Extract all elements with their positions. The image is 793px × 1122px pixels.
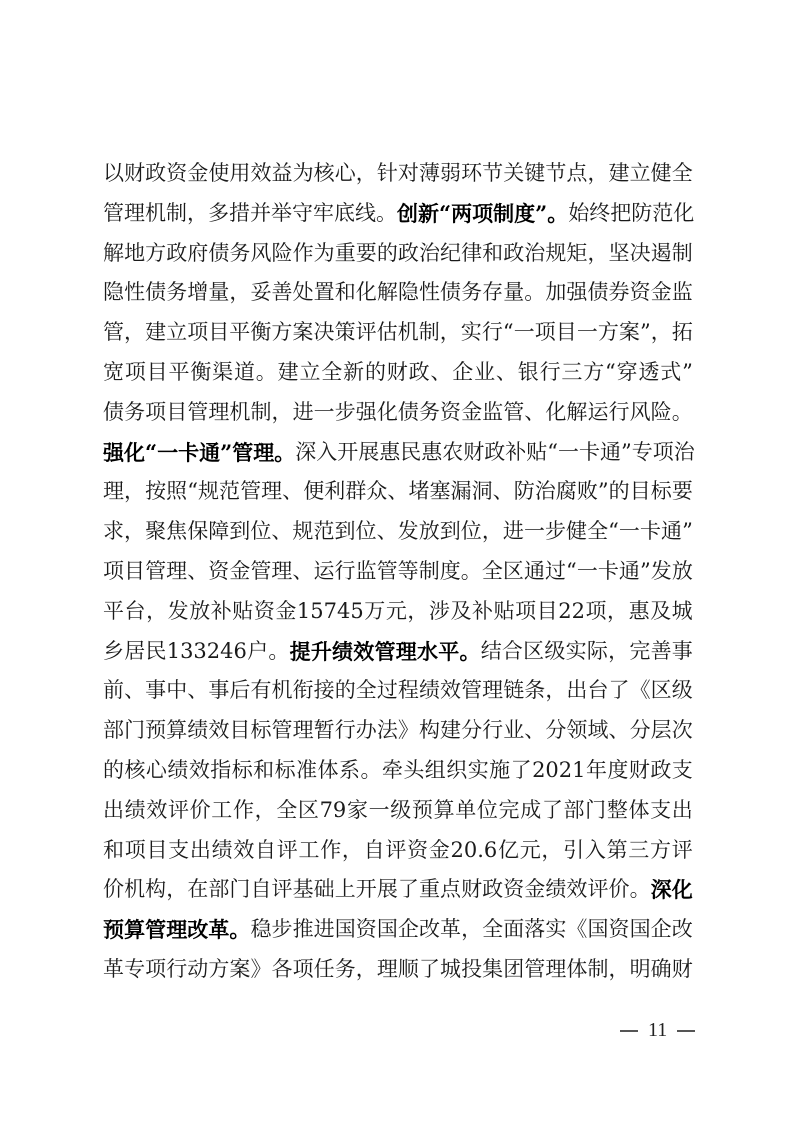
text-char: 价 bbox=[103, 870, 124, 910]
text-char: ， bbox=[609, 950, 630, 990]
text-char: 万 bbox=[364, 592, 385, 632]
text-char: 三 bbox=[628, 831, 649, 871]
text-char: 方 bbox=[650, 831, 671, 871]
text-char: 案 bbox=[292, 313, 313, 353]
text-char: 链 bbox=[503, 671, 524, 711]
text-char: 治 bbox=[524, 234, 545, 274]
text-char: 发 bbox=[168, 592, 189, 632]
text-char: 标 bbox=[651, 472, 672, 512]
text-char: 、 bbox=[187, 552, 208, 592]
text-char: 守 bbox=[292, 194, 313, 234]
bold-heading-char: 卡 bbox=[178, 433, 199, 473]
text-char: ” bbox=[640, 552, 651, 592]
text-char: 监 bbox=[482, 393, 503, 433]
text-char: 办 bbox=[356, 711, 377, 751]
text-char: 多 bbox=[208, 194, 229, 234]
text-char: 项 bbox=[653, 433, 674, 473]
text-char: 防 bbox=[631, 194, 652, 234]
text-char: 财 bbox=[124, 154, 145, 194]
text-char: 化 bbox=[377, 393, 398, 433]
text-char: 构 bbox=[145, 870, 166, 910]
text-char: 环 bbox=[461, 154, 482, 194]
text-char: 资 bbox=[356, 910, 377, 950]
text-char: 善 bbox=[272, 273, 293, 313]
text-char: 理 bbox=[377, 950, 398, 990]
text-char: 妥 bbox=[250, 273, 271, 313]
text-char: 政 bbox=[484, 433, 505, 473]
text-char: 平 bbox=[229, 313, 250, 353]
text-line: 隐性债务增量，妥善处置和化解隐性债务存量。加强债券资金监 bbox=[103, 273, 693, 313]
text-char: 银 bbox=[518, 353, 539, 393]
text-char: 国 bbox=[630, 910, 651, 950]
text-char: 使 bbox=[208, 154, 229, 194]
text-char: 把 bbox=[610, 194, 631, 234]
text-char: 节 bbox=[482, 154, 503, 194]
text-char: ， bbox=[166, 870, 187, 910]
text-char: 金 bbox=[429, 831, 450, 871]
text-char: 财 bbox=[463, 433, 484, 473]
text-char: 投 bbox=[461, 950, 482, 990]
text-char: 惠 bbox=[379, 433, 400, 473]
text-char: 步 bbox=[335, 393, 356, 433]
text-char: 、 bbox=[430, 353, 451, 393]
text-char: 项 bbox=[535, 313, 556, 353]
text-char: 政 bbox=[482, 870, 503, 910]
bold-heading-char: 。 bbox=[229, 910, 250, 950]
text-char: 通 bbox=[661, 512, 682, 552]
text-char: 衡 bbox=[190, 353, 211, 393]
text-char: 一 bbox=[514, 313, 535, 353]
text-char: 估 bbox=[377, 313, 398, 353]
text-char: 隐 bbox=[103, 273, 124, 313]
text-char: 位 bbox=[477, 791, 498, 831]
text-char: 等 bbox=[398, 552, 419, 592]
text-char: 案 bbox=[229, 950, 250, 990]
text-char: 弱 bbox=[440, 154, 461, 194]
text-char: 全 bbox=[321, 353, 342, 393]
text-char: 制 bbox=[419, 552, 440, 592]
text-char: 财 bbox=[629, 751, 650, 791]
text-char: 机 bbox=[124, 870, 145, 910]
text-char: 范 bbox=[219, 472, 240, 512]
text-char: 台 bbox=[125, 592, 146, 632]
bold-heading-char: 效 bbox=[353, 632, 374, 672]
text-char: 头 bbox=[403, 751, 424, 791]
text-line: 债务项目管理机制，进一步强化债务资金监管、化解运行风险。 bbox=[103, 393, 693, 433]
text-char: 隐 bbox=[398, 273, 419, 313]
text-char: 理 bbox=[261, 472, 282, 512]
text-char: 到 bbox=[440, 512, 461, 552]
text-char: 作 bbox=[320, 831, 341, 871]
text-char: 管 bbox=[377, 552, 398, 592]
text-char: 效 bbox=[233, 831, 254, 871]
text-char: ” bbox=[682, 353, 693, 393]
text-char: 政 bbox=[145, 154, 166, 194]
text-char: 任 bbox=[314, 950, 335, 990]
bold-heading-char: 。 bbox=[459, 632, 480, 672]
text-char: 评 bbox=[277, 831, 298, 871]
text-char: ” bbox=[621, 433, 632, 473]
text-char: 自 bbox=[250, 870, 271, 910]
text-char: 》 bbox=[250, 950, 271, 990]
text-line: 管，建立项目平衡方案决策评估机制，实行“一项目一方案”，拓 bbox=[103, 313, 693, 353]
text-char: 业 bbox=[503, 711, 524, 751]
text-char: 点 bbox=[566, 154, 587, 194]
text-char: 亿 bbox=[498, 831, 519, 871]
text-char: 作 bbox=[233, 791, 254, 831]
text-char: ， bbox=[272, 393, 293, 433]
text-char: ， bbox=[482, 512, 503, 552]
text-char: 化 bbox=[673, 194, 694, 234]
text-char: 全 bbox=[672, 154, 693, 194]
text-char: 的 bbox=[609, 472, 630, 512]
text-char: 三 bbox=[561, 353, 582, 393]
text-char: 价 bbox=[190, 791, 211, 831]
text-char: 准 bbox=[296, 751, 317, 791]
text-char: 通 bbox=[619, 552, 640, 592]
text-char: 补 bbox=[505, 433, 526, 473]
text-char: 化 bbox=[356, 273, 377, 313]
text-char: 体 bbox=[566, 950, 587, 990]
bold-heading-char: 管 bbox=[232, 433, 253, 473]
text-char: 用 bbox=[229, 154, 250, 194]
text-char: 构 bbox=[419, 711, 440, 751]
text-char: 贴 bbox=[232, 592, 253, 632]
text-char: 开 bbox=[337, 433, 358, 473]
text-char: 底 bbox=[334, 194, 355, 234]
text-char: 决 bbox=[630, 234, 651, 274]
text-char: 工 bbox=[211, 791, 232, 831]
text-char: 标 bbox=[232, 751, 253, 791]
text-char: 平 bbox=[103, 592, 124, 632]
text-char: 塞 bbox=[430, 472, 451, 512]
body-text: 以财政资金使用效益为核心，针对薄弱环节关键节点，建立健全管理机制，多措并举守牢底… bbox=[103, 154, 693, 990]
text-char: 22 bbox=[558, 592, 585, 632]
text-char: 度 bbox=[607, 751, 628, 791]
dash-right bbox=[677, 1030, 695, 1032]
text-char: 行 bbox=[482, 313, 503, 353]
text-char: 关 bbox=[503, 154, 524, 194]
text-char: 算 bbox=[166, 711, 187, 751]
text-char: 险 bbox=[272, 234, 293, 274]
text-char: 。 bbox=[630, 870, 651, 910]
text-char: 宽 bbox=[103, 353, 124, 393]
text-char: 的 bbox=[335, 671, 356, 711]
text-char: 穿 bbox=[617, 353, 638, 393]
text-char: 卡 bbox=[579, 433, 600, 473]
bold-heading-char: 水 bbox=[417, 632, 438, 672]
text-char: 解 bbox=[566, 393, 587, 433]
text-char: 绩 bbox=[187, 711, 208, 751]
text-char: 范 bbox=[313, 512, 334, 552]
text-char: ， bbox=[440, 313, 461, 353]
text-char: 民 bbox=[145, 632, 166, 672]
bold-heading-char: “ bbox=[145, 433, 157, 473]
text-char: 通 bbox=[600, 433, 621, 473]
text-char: 算 bbox=[434, 791, 455, 831]
text-char: 2021 bbox=[532, 751, 585, 791]
text-char: 绩 bbox=[212, 831, 233, 871]
text-char: 建 bbox=[440, 711, 461, 751]
text-char: 完 bbox=[629, 632, 650, 672]
text-char: 方 bbox=[208, 950, 229, 990]
text-char: 制 bbox=[672, 234, 693, 274]
text-char: 价 bbox=[609, 870, 630, 910]
text-char: “ bbox=[503, 313, 514, 353]
text-char: 深 bbox=[295, 433, 316, 473]
text-char: 焦 bbox=[166, 512, 187, 552]
bold-heading-char: 两 bbox=[451, 194, 472, 234]
text-char: 处 bbox=[293, 273, 314, 313]
bold-heading-char: 平 bbox=[438, 632, 459, 672]
text-char: 全 bbox=[356, 671, 377, 711]
text-char: 建 bbox=[609, 154, 630, 194]
text-char: 评 bbox=[356, 313, 377, 353]
text-char: 体 bbox=[318, 751, 339, 791]
text-char: 第 bbox=[607, 831, 628, 871]
text-char: 补 bbox=[211, 592, 232, 632]
text-char: 贴 bbox=[526, 433, 547, 473]
text-char: 贴 bbox=[494, 592, 515, 632]
text-char: “ bbox=[566, 552, 577, 592]
text-char: 支 bbox=[650, 791, 671, 831]
text-char: 改 bbox=[672, 910, 693, 950]
text-char: 政 bbox=[409, 353, 430, 393]
text-char: 薄 bbox=[419, 154, 440, 194]
text-char: 运 bbox=[313, 552, 334, 592]
text-char: 增 bbox=[187, 273, 208, 313]
text-char: ” bbox=[598, 472, 609, 512]
text-char: 次 bbox=[672, 711, 693, 751]
text-char: 实 bbox=[461, 313, 482, 353]
text-char: 顺 bbox=[398, 950, 419, 990]
text-char: 置 bbox=[314, 273, 335, 313]
text-char: 举 bbox=[271, 194, 292, 234]
text-char: ， bbox=[587, 234, 608, 274]
text-char: 入 bbox=[316, 433, 337, 473]
text-char: 在 bbox=[187, 870, 208, 910]
text-char: 性 bbox=[124, 273, 145, 313]
text-char: ” bbox=[682, 512, 693, 552]
bold-heading-char: 度 bbox=[514, 194, 535, 234]
text-char: 20.6 bbox=[451, 831, 498, 871]
text-char: 效 bbox=[208, 711, 229, 751]
text-char: 一 bbox=[619, 512, 640, 552]
text-char: 分 bbox=[630, 711, 651, 751]
text-char: 评 bbox=[672, 831, 693, 871]
text-char: 进 bbox=[293, 393, 314, 433]
text-char: 、 bbox=[524, 711, 545, 751]
text-char: 的 bbox=[377, 234, 398, 274]
text-char: 革 bbox=[103, 950, 124, 990]
text-char: 解 bbox=[377, 273, 398, 313]
text-char: 资 bbox=[254, 592, 275, 632]
text-char: ， bbox=[607, 592, 628, 632]
bold-heading-char: 通 bbox=[199, 433, 220, 473]
text-char: 企 bbox=[398, 910, 419, 950]
text-char: 务 bbox=[124, 393, 145, 433]
text-char: 机 bbox=[398, 313, 419, 353]
text-char: 建 bbox=[145, 313, 166, 353]
text-char: 管 bbox=[272, 711, 293, 751]
text-char: 节 bbox=[545, 154, 566, 194]
text-char: 、 bbox=[493, 472, 514, 512]
text-char: 目 bbox=[229, 711, 250, 751]
text-char: 国 bbox=[377, 910, 398, 950]
text-char: 单 bbox=[455, 791, 476, 831]
text-char: 金 bbox=[524, 870, 545, 910]
text-char: 了 bbox=[511, 751, 532, 791]
text-char: 绩 bbox=[125, 791, 146, 831]
bold-heading-char: 一 bbox=[157, 433, 178, 473]
text-char: 和 bbox=[482, 234, 503, 274]
text-char: 农 bbox=[442, 433, 463, 473]
bold-heading-char: 新 bbox=[418, 194, 439, 234]
text-char: 惠 bbox=[629, 592, 650, 632]
text-char: 建 bbox=[278, 353, 299, 393]
text-char: 、 bbox=[271, 512, 292, 552]
bold-heading-char: 强 bbox=[103, 433, 124, 473]
text-char: 及 bbox=[650, 592, 671, 632]
text-char: 目 bbox=[208, 313, 229, 353]
text-char: 。 bbox=[672, 393, 693, 433]
text-char: “ bbox=[608, 512, 619, 552]
text-char: 年 bbox=[586, 751, 607, 791]
text-char: 务 bbox=[335, 950, 356, 990]
text-char: 一 bbox=[558, 433, 579, 473]
text-char: 事 bbox=[672, 632, 693, 672]
text-char: 过 bbox=[545, 552, 566, 592]
text-char: 资 bbox=[208, 552, 229, 592]
text-char: 项 bbox=[293, 950, 314, 990]
text-char: 目 bbox=[147, 353, 168, 393]
text-char: 监 bbox=[356, 552, 377, 592]
text-char: 整 bbox=[607, 791, 628, 831]
text-char: 资 bbox=[407, 831, 428, 871]
text-char: 理 bbox=[208, 393, 229, 433]
text-char: 行 bbox=[482, 711, 503, 751]
text-char: 项 bbox=[187, 313, 208, 353]
text-char: 通 bbox=[524, 552, 545, 592]
text-char: 务 bbox=[166, 273, 187, 313]
text-char: 牢 bbox=[313, 194, 334, 234]
text-line: 的核心绩效指标和标准体系。牵头组织实施了2021年度财政支 bbox=[103, 751, 693, 791]
text-char: ， bbox=[124, 512, 145, 552]
text-char: 健 bbox=[651, 154, 672, 194]
text-char: 方 bbox=[598, 313, 619, 353]
text-char: 接 bbox=[314, 671, 335, 711]
text-char: 债 bbox=[145, 273, 166, 313]
text-char: 性 bbox=[419, 273, 440, 313]
text-char: 面 bbox=[503, 910, 524, 950]
text-char: 79 bbox=[320, 791, 347, 831]
text-char: 》 bbox=[398, 711, 419, 751]
text-char: 运 bbox=[587, 393, 608, 433]
text-char: 企 bbox=[452, 353, 473, 393]
text-char: ， bbox=[124, 313, 145, 353]
dash-left bbox=[620, 1030, 638, 1032]
text-char: 事 bbox=[208, 671, 229, 711]
text-char: 善 bbox=[651, 632, 672, 672]
text-char: 始 bbox=[568, 194, 589, 234]
text-char: 制 bbox=[166, 194, 187, 234]
bold-heading-char: 项 bbox=[472, 194, 493, 234]
text-char: ， bbox=[407, 592, 428, 632]
text-char: 聚 bbox=[145, 512, 166, 552]
text-char: 案 bbox=[619, 313, 640, 353]
text-char: 的 bbox=[365, 353, 386, 393]
bold-heading-char: ” bbox=[220, 433, 232, 473]
text-char: 开 bbox=[356, 870, 377, 910]
text-char: 项 bbox=[145, 393, 166, 433]
text-char: 要 bbox=[356, 234, 377, 274]
bold-heading-char: 理 bbox=[166, 910, 187, 950]
text-char: 腐 bbox=[556, 472, 577, 512]
text-char: 。 bbox=[461, 552, 482, 592]
text-char: 织 bbox=[446, 751, 467, 791]
text-char: 程 bbox=[398, 671, 419, 711]
text-char: 。 bbox=[256, 353, 277, 393]
text-char: 涉 bbox=[429, 592, 450, 632]
text-char: 金 bbox=[187, 154, 208, 194]
text-char: 。 bbox=[268, 632, 289, 672]
text-char: 进 bbox=[314, 910, 335, 950]
text-char: 制 bbox=[250, 393, 271, 433]
bold-heading-char: 化 bbox=[672, 870, 693, 910]
text-char: 风 bbox=[630, 393, 651, 433]
text-char: 集 bbox=[482, 950, 503, 990]
text-char: 展 bbox=[358, 433, 379, 473]
bold-heading-char: “ bbox=[439, 194, 451, 234]
text-char: 基 bbox=[293, 870, 314, 910]
text-char: 道 bbox=[234, 353, 255, 393]
text-char: 以 bbox=[103, 154, 124, 194]
text-char: 实 bbox=[545, 910, 566, 950]
text-char: 条 bbox=[524, 671, 545, 711]
text-char: 国 bbox=[587, 910, 608, 950]
text-char: 评 bbox=[587, 870, 608, 910]
text-char: 级 bbox=[390, 791, 411, 831]
text-char: 位 bbox=[461, 512, 482, 552]
text-char: 财 bbox=[672, 950, 693, 990]
bold-heading-char: 预 bbox=[103, 910, 124, 950]
text-char: “ bbox=[187, 472, 198, 512]
text-char: 步 bbox=[272, 910, 293, 950]
text-char: 结 bbox=[481, 632, 502, 672]
text-char: 资 bbox=[166, 154, 187, 194]
text-char: 重 bbox=[419, 870, 440, 910]
text-char: 策 bbox=[335, 313, 356, 353]
text-char: ， bbox=[124, 472, 145, 512]
text-char: 理 bbox=[545, 950, 566, 990]
text-line: 出绩效评价工作，全区79家一级预算单位完成了部门整体支出 bbox=[103, 791, 693, 831]
text-char: 治 bbox=[674, 433, 695, 473]
text-char: 金 bbox=[461, 393, 482, 433]
text-char: 券 bbox=[609, 273, 630, 313]
text-char: 目 bbox=[124, 552, 145, 592]
text-char: 行 bbox=[335, 552, 356, 592]
text-char: 资 bbox=[440, 393, 461, 433]
text-char: 行 bbox=[540, 353, 561, 393]
text-char: 位 bbox=[250, 512, 271, 552]
text-char: 管 bbox=[503, 393, 524, 433]
text-char: 户 bbox=[247, 632, 268, 672]
text-char: 效 bbox=[250, 154, 271, 194]
text-char: 出 bbox=[103, 791, 124, 831]
text-char: 理 bbox=[103, 472, 124, 512]
text-char: 了 bbox=[419, 950, 440, 990]
text-char: 立 bbox=[630, 154, 651, 194]
